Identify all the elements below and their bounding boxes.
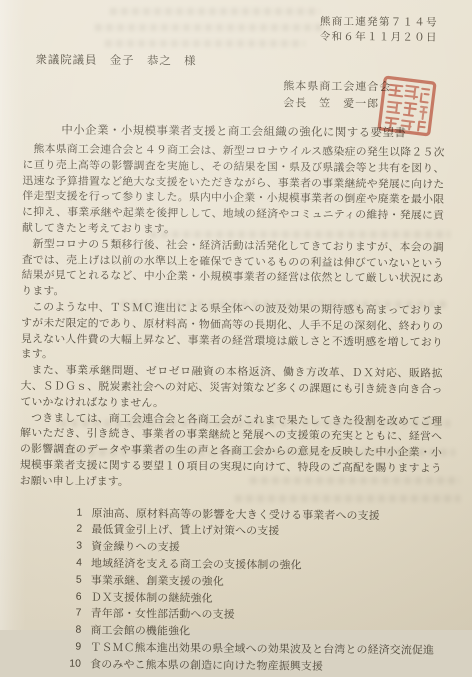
request-item-text: 地域経済を支える商工会の支援体制の強化 [91, 556, 302, 575]
request-item-text: 最低賃金引上げ、賃上げ対策への支援 [91, 522, 279, 540]
body-paragraph: つきましては、商工会連合会と各商工会がこれまで果たしてきた役割を改めてご理解いた… [20, 411, 443, 494]
body-paragraph: また、事業承継問題、ゼロゼロ融資の本格返済、働き方改革、ＤＸ対応、販路拡大、ＳＤ… [20, 363, 442, 414]
request-item-number: 3 [65, 539, 82, 556]
body-paragraph: 新型コロナの５類移行後、社会・経済活動は活発化してきておりますが、本会の調査では… [21, 237, 444, 304]
request-item-text: 事業承継、創業支援の強化 [91, 572, 224, 590]
request-item-number: 8 [64, 623, 81, 630]
request-item-text: 商工会館の機能強化 [90, 623, 190, 630]
request-item-number: 7 [65, 606, 82, 623]
recipient-line: 衆議院議員 金子 恭之 様 [23, 52, 445, 72]
request-item-text: 青年部・女性部活動への支援 [91, 606, 235, 624]
request-list: 1 原油高、原材料高等の影響を大きく受ける事業者への支援 2 最低賃金引上げ、賃… [18, 505, 441, 630]
request-item-number: 1 [65, 505, 82, 522]
document-body: 熊本県商工会連合会と４９商工会は、新型コロナウイルス感染症の発生以降２５次に亘り… [20, 142, 445, 493]
request-item-text: 資金繰りへの支援 [91, 539, 180, 557]
document-paper: 熊商工連発第７１４号 令和６年１１月２０日 衆議院議員 金子 恭之 様 熊本県商… [0, 0, 472, 630]
request-item-number: 6 [65, 589, 82, 606]
body-paragraph: このような中、ＴＳＭＣ進出による県全体への波及効果の期待感も高まっておりますが未… [21, 300, 444, 367]
request-item-number: 5 [65, 572, 82, 589]
request-item-number: 2 [65, 522, 82, 539]
doc-date: 令和６年１１月２０日 [24, 27, 446, 46]
body-paragraph: 熊本県商工会連合会と４９商工会は、新型コロナウイルス感染症の発生以降２５次に亘り… [22, 142, 445, 240]
request-item-text: ＤＸ支援体制の継続強化 [91, 589, 213, 607]
official-seal-icon [377, 75, 437, 137]
request-item-number: 4 [65, 555, 82, 572]
